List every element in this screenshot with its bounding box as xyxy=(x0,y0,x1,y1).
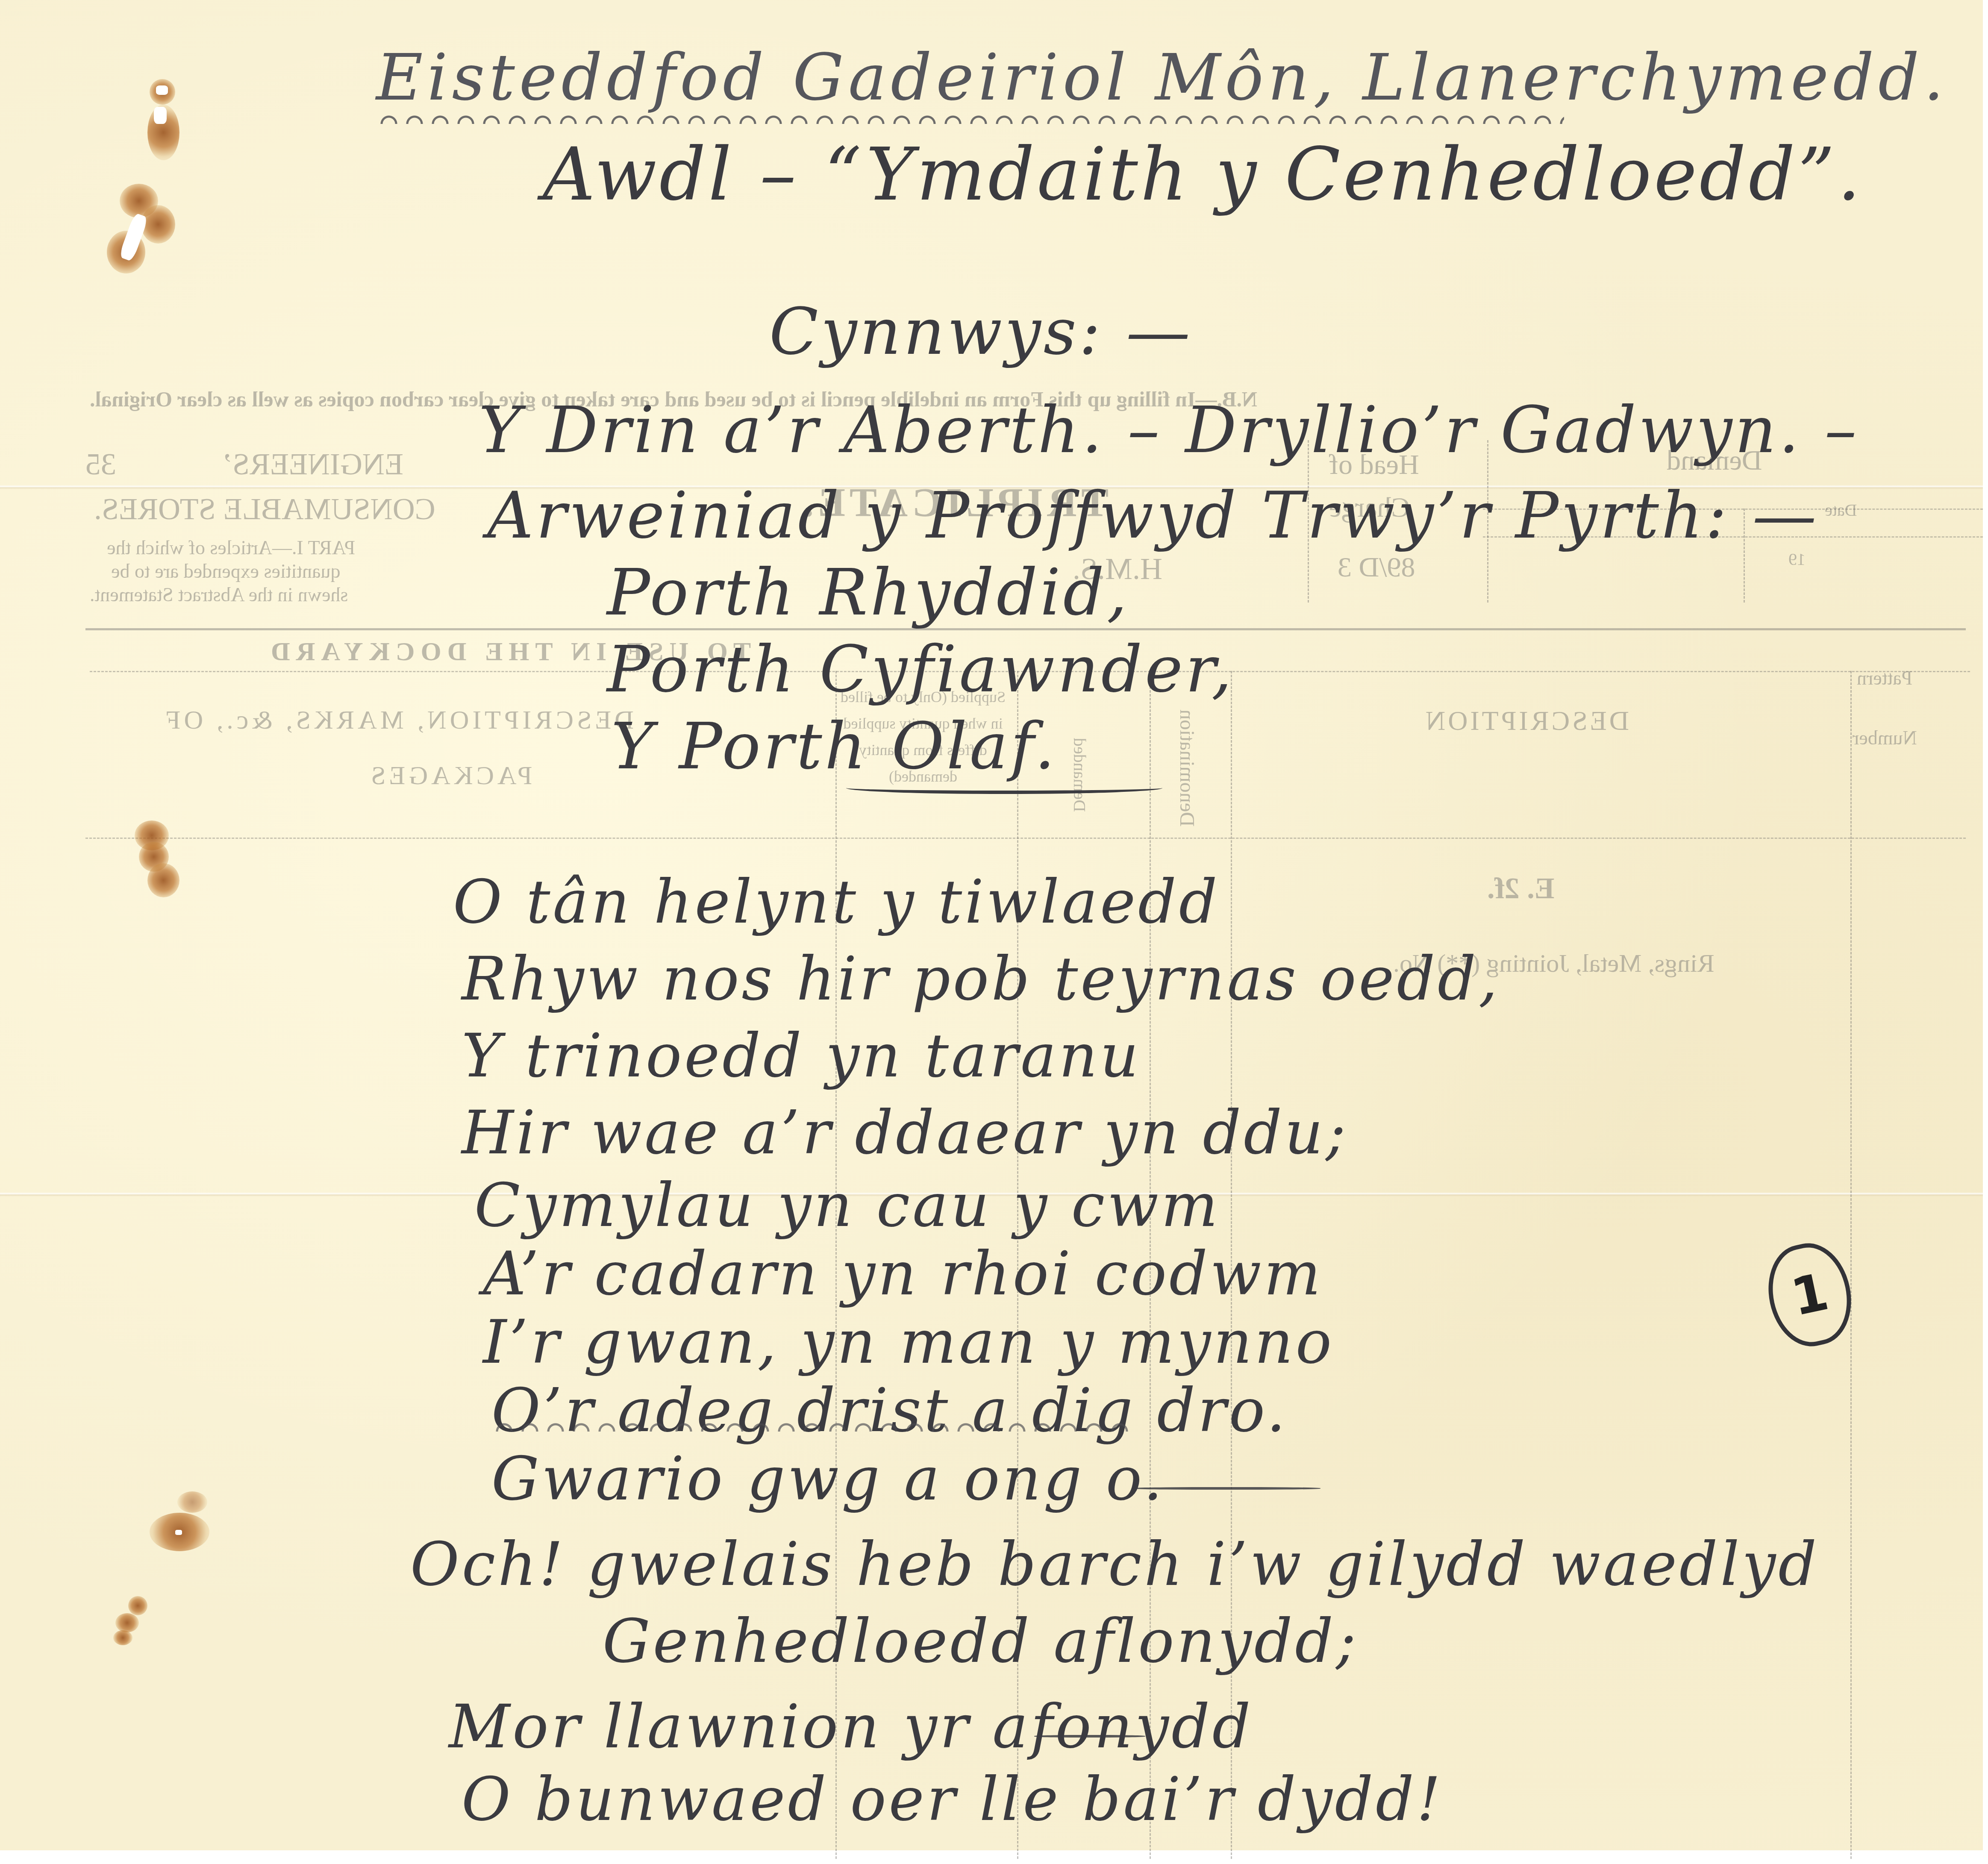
rust-stain xyxy=(113,1630,132,1645)
page-number-circle: 1 xyxy=(1759,1236,1860,1353)
punched-hole xyxy=(156,85,168,95)
printed-col-description-marks-1: DESCRIPTION, MARKS, &c., OF xyxy=(162,705,634,735)
contents-gate-1: Porth Rhyddid, xyxy=(607,556,1129,630)
strikethrough-line xyxy=(1034,1735,1145,1738)
rust-stain xyxy=(141,205,175,244)
wavy-underline xyxy=(376,107,1564,124)
punched-hole xyxy=(154,107,167,124)
poem-line-12: Mor llawnion yr afonydd xyxy=(449,1692,1253,1762)
contents-gate-3: Y Porth Olaf. xyxy=(611,709,1057,784)
printed-col-denomination: Denomination xyxy=(1175,709,1199,827)
printed-col-pattern-2: Number xyxy=(1853,726,1917,749)
poem-line-9: Gwario gwg a ong o. xyxy=(491,1444,1165,1514)
printed-col-pattern-1: Pattern xyxy=(1857,667,1912,689)
gate-underline xyxy=(846,782,1162,794)
poem-line-4: Hir wae a’r ddaear yn ddu; xyxy=(462,1098,1348,1168)
poem-line-1: O tân helynt y tiwlaedd xyxy=(453,867,1220,937)
strikethrough-line xyxy=(1132,1487,1320,1490)
printed-col-description: DESCRIPTION xyxy=(1423,705,1629,737)
printed-col-demanded: Demanded xyxy=(1070,738,1090,812)
poem-line-10: Och! gwelais heb barch i’w gilydd waedly… xyxy=(410,1530,1819,1599)
printed-date: Date xyxy=(1825,500,1857,520)
rust-stain xyxy=(147,863,179,897)
poem-line-2: Rhyw nos hir pob teyrnas oedd, xyxy=(462,944,1500,1014)
poem-line-13: O bunwaed oer lle bai’r dydd! xyxy=(462,1765,1443,1835)
contents-gate-2: Porth Cyfiawnder, xyxy=(607,632,1235,707)
contents-line-2: Arweiniad y Proffwyd Trwy’r Pyrth: — xyxy=(487,479,1819,553)
printed-charge-code: 89/D 3 xyxy=(1338,551,1415,584)
poem-line-11: Genhedloedd aflonydd; xyxy=(603,1607,1359,1676)
printed-form-number: 35 xyxy=(85,447,116,482)
printed-part-note-1: PART I.—Articles of which the xyxy=(107,536,355,559)
poem-line-3: Y trinoedd yn taranu xyxy=(462,1021,1141,1091)
rust-stain xyxy=(128,1596,147,1615)
form-rule xyxy=(85,838,1966,839)
poem-line-7: I’r gwan, yn man y mynno xyxy=(483,1308,1334,1377)
printed-part-note-3: shewn in the Abstract Statement. xyxy=(90,583,348,606)
printed-col-description-marks-2: PACKAGES xyxy=(368,761,532,791)
awdl-title: Awdl – “Ymdaith y Cenhedloedd”. xyxy=(543,132,1863,217)
printed-form-title-1: ENGINEERS’ xyxy=(222,447,403,482)
poem-line-5: Cymylau yn cau y cwm xyxy=(474,1171,1220,1241)
form-column-line xyxy=(1850,671,1852,1859)
printed-form-title-2: CONSUMABLE STORES. xyxy=(94,491,435,527)
manuscript-page: N.B.—In filling up this Form an indelibl… xyxy=(0,0,1983,1850)
contents-line-1: Y Drin a’r Aberth. – Dryllio’r Gadwyn. – xyxy=(479,393,1859,467)
page-number: 1 xyxy=(1786,1262,1834,1327)
rust-stain xyxy=(115,1613,139,1632)
poem-line-6: A’r cadarn yn rhoi codwm xyxy=(483,1239,1323,1309)
rust-stain xyxy=(177,1491,207,1513)
printed-part-note-2: quantities expended are to be xyxy=(111,560,340,582)
eisteddfod-heading: Eisteddfod Gadeiriol Môn, Llanerchymedd. xyxy=(376,41,1948,115)
poem-line-8-struck: O’r adeg drist a dig dro. xyxy=(491,1376,1288,1446)
contents-heading: Cynnwys: — xyxy=(769,295,1193,369)
strikethrough-wavy xyxy=(491,1414,1132,1432)
printed-section-code: E. 2f. xyxy=(1487,872,1555,906)
punched-hole xyxy=(175,1530,182,1535)
